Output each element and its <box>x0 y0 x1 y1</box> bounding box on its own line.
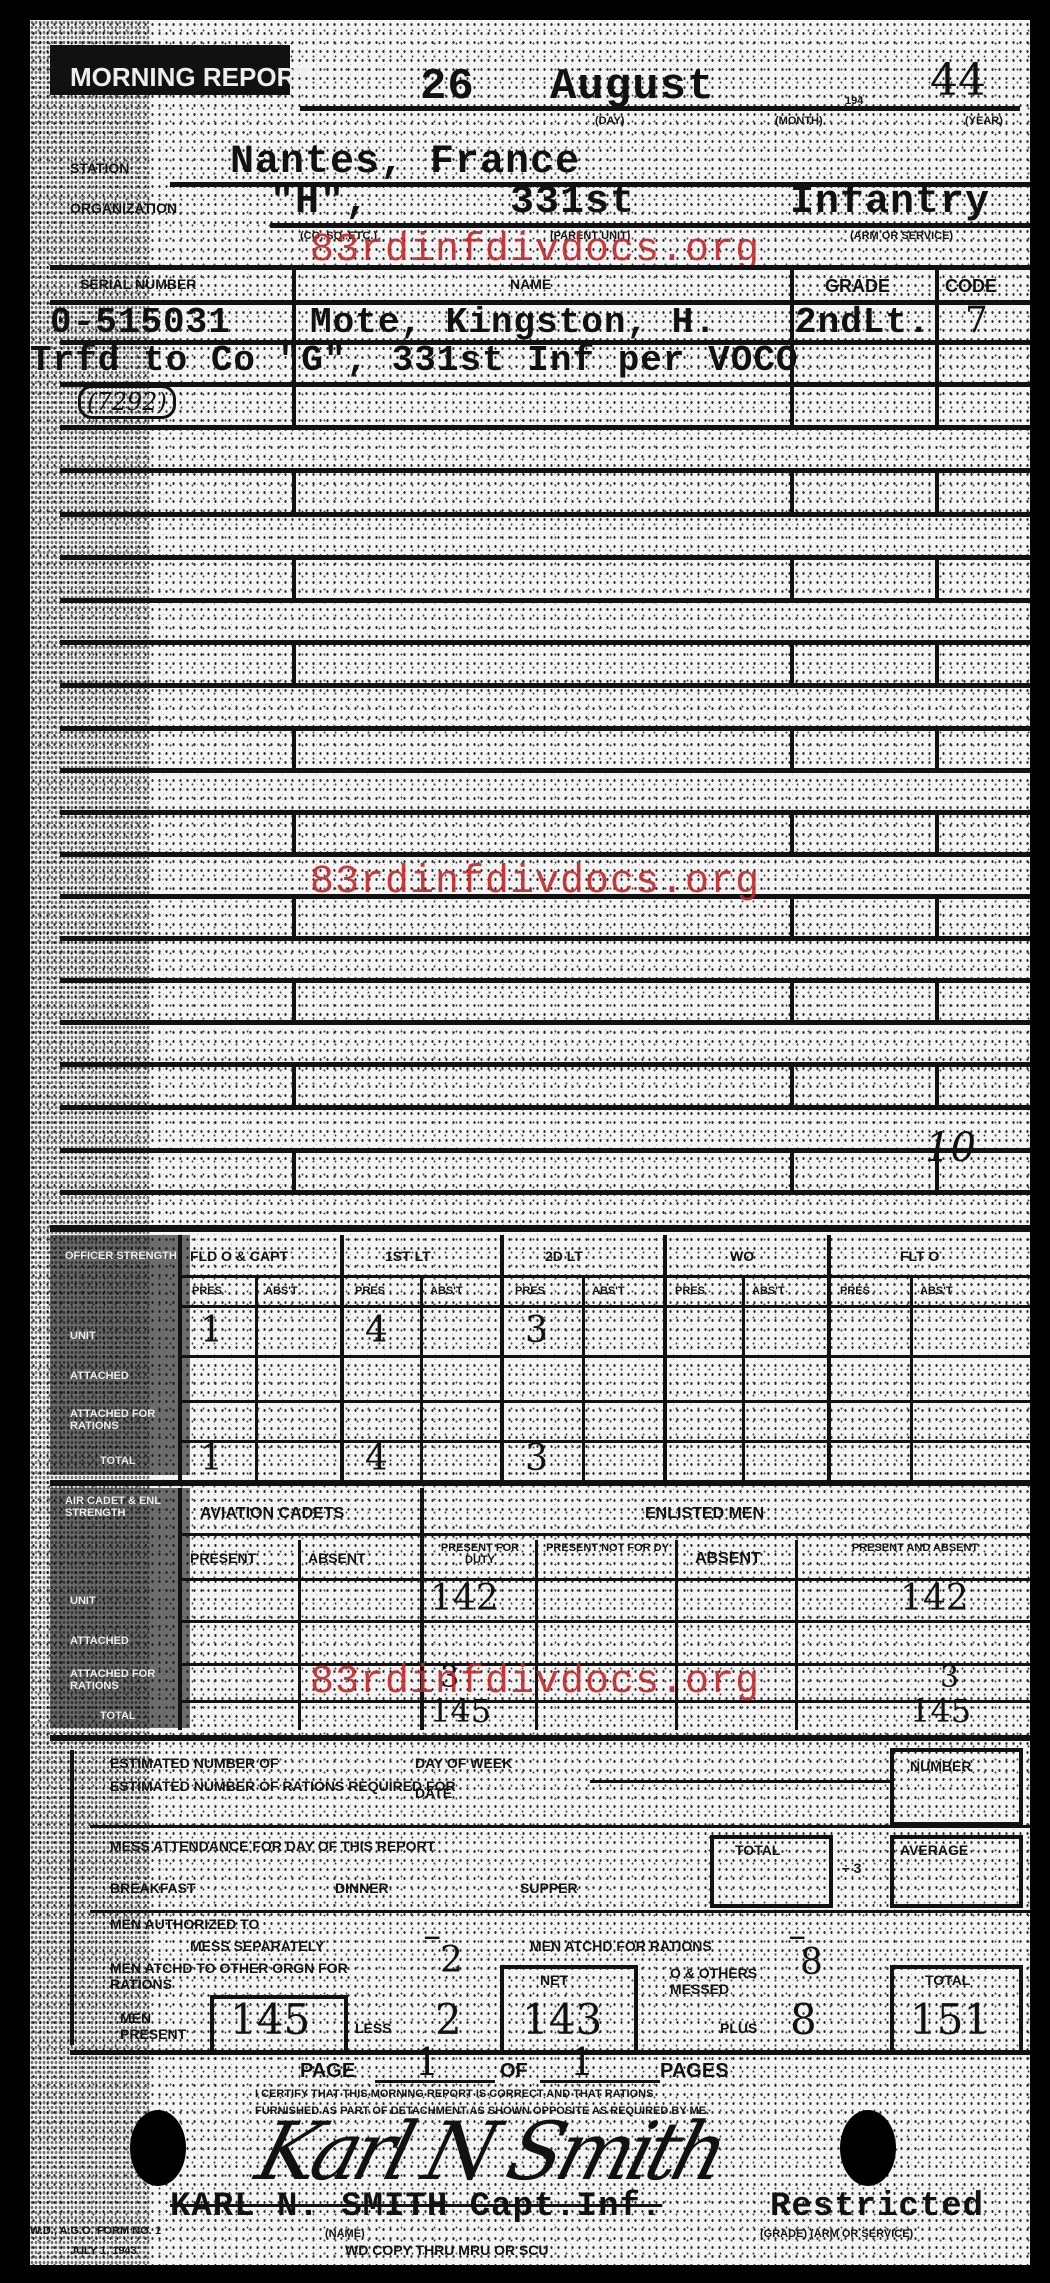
col-cadets-absent: ABSENT <box>308 1550 366 1566</box>
roster-rule <box>60 726 1030 731</box>
enlisted-row-unit: UNIT <box>70 1595 96 1607</box>
label-month: (MONTH) <box>775 115 823 127</box>
aviation-cadets-header: AVIATION CADETS <box>200 1505 344 1523</box>
officer-row-rule <box>180 1440 1030 1443</box>
col-absent: ABSENT <box>695 1550 761 1568</box>
remark-line-1: Trfd to Co "G", 331st Inf per VOCO <box>30 340 799 381</box>
officer-total-1stlt-pres: 4 <box>365 1438 388 1479</box>
officer-row-attached: ATTACHED <box>70 1370 129 1382</box>
roster-rule <box>60 640 1030 645</box>
routing-note: WD COPY THRU MRU OR SCU <box>345 2242 549 2258</box>
net-label: NET <box>540 1972 568 1988</box>
men-atchd-rations-label: MEN ATCHD FOR RATIONS <box>530 1938 712 1954</box>
atchd-other-label: MEN ATCHD TO OTHER ORGN FOR RATIONS <box>110 1960 400 1992</box>
meal-dinner: DINNER <box>335 1880 389 1896</box>
roster-col-divider <box>935 978 939 1020</box>
roster-col-divider <box>790 978 794 1020</box>
roster-col-divider <box>292 555 296 598</box>
average-label: AVERAGE <box>900 1842 968 1858</box>
mess-total-label: TOTAL <box>735 1842 780 1858</box>
sub-pres: PRES <box>840 1285 870 1297</box>
grand-total-label: TOTAL <box>925 1972 970 1988</box>
roster-rule <box>60 810 1030 815</box>
sub-pres: PRES <box>515 1285 545 1297</box>
roster-rule <box>60 1190 1030 1195</box>
roster-bottom-rule <box>50 1225 1030 1232</box>
roster-rule <box>60 512 1030 517</box>
roster-col-divider <box>790 265 794 425</box>
officer-group-rule <box>180 1275 1030 1278</box>
label-year: (YEAR) <box>965 115 1003 127</box>
plus-value: 8 <box>790 1995 817 2044</box>
roster-col-divider <box>790 726 794 768</box>
roster-col-divider <box>790 1062 794 1105</box>
enlisted-men-header: ENLISTED MEN <box>645 1505 764 1523</box>
roster-col-divider <box>935 1062 939 1105</box>
enlisted-unit-total: 142 <box>900 1578 969 1619</box>
sub-pres: PRES <box>675 1285 705 1297</box>
date-underline <box>300 106 1020 111</box>
col-name: NAME <box>510 276 551 292</box>
enlisted-bottom-rule <box>50 1735 1030 1741</box>
estimated-rations-label: ESTIMATED NUMBER OF RATIONS REQUIRED FOR <box>110 1778 456 1794</box>
page-number: 1 <box>415 2040 439 2084</box>
net-value: 143 <box>522 1995 602 2044</box>
entry-code: 7 <box>965 300 988 341</box>
roster-rule <box>60 1148 1030 1153</box>
roster-col-divider <box>292 810 296 852</box>
roster-col-divider <box>292 640 296 683</box>
classification: Restricted <box>770 2188 984 2226</box>
certify-line-1: I CERTIFY THAT THIS MORNING REPORT IS CO… <box>255 2088 653 2100</box>
enlisted-row-total: TOTAL <box>100 1710 136 1722</box>
org-arm: Infantry <box>790 180 990 225</box>
enlisted-divider <box>178 1488 182 1730</box>
sub-abst: ABS'T <box>752 1285 785 1297</box>
group-2d-lt: 2D LT <box>545 1248 583 1264</box>
signature: Karl N Smith <box>248 2105 733 2198</box>
enlisted-total-total: 145 <box>910 1692 971 1730</box>
roster-rule <box>60 1105 1030 1110</box>
col-code: CODE <box>945 276 997 297</box>
roster-rule <box>60 468 1030 473</box>
pages-line <box>540 2080 660 2083</box>
roster-rule <box>60 768 1030 773</box>
officer-subdivider <box>742 1278 745 1480</box>
roster-col-divider <box>935 265 939 425</box>
roster-rule <box>60 425 1030 430</box>
officer-subdivider <box>910 1278 913 1480</box>
atchd-other-value: 2 <box>440 1940 463 1981</box>
form-title: MORNING REPORT <box>70 62 311 93</box>
officer-label-column <box>50 1235 190 1475</box>
organization-label: ORGANIZATION <box>70 200 177 216</box>
roster-rule <box>60 340 1030 345</box>
col-present-and-absent: PRESENT AND ABSENT <box>820 1542 1010 1554</box>
sub-abst: ABS'T <box>265 1285 298 1297</box>
officer-unit-2dlt-pres: 3 <box>525 1310 548 1351</box>
officer-total-fld-pres: 1 <box>200 1438 223 1479</box>
page-label: PAGE <box>300 2060 355 2083</box>
roster-rule <box>60 936 1030 941</box>
col-present-not-for-duty: PRESENT NOT FOR DY <box>545 1542 670 1554</box>
punch-hole-right <box>840 2110 896 2186</box>
officer-bottom-rule <box>50 1480 1030 1486</box>
date-label: DATE <box>415 1785 452 1801</box>
sub-abst: ABS'T <box>920 1285 953 1297</box>
roster-rule <box>60 852 1030 857</box>
sub-pres: PRES <box>355 1285 385 1297</box>
roster-rule <box>60 382 1030 387</box>
enlisted-atchd-total: 3 <box>940 1660 959 1695</box>
roster-rule <box>60 555 1030 560</box>
roster-col-divider <box>790 640 794 683</box>
officer-unit-fld-pres: 1 <box>200 1310 223 1351</box>
day-of-week-line <box>590 1780 890 1783</box>
officer-row-rule <box>180 1400 1030 1403</box>
watermark-middle: 83rdinfdivdocs.org <box>310 860 760 905</box>
col-present-for-duty: PRESENT FOR DUTY <box>435 1542 525 1566</box>
roster-col-divider <box>292 894 296 936</box>
form-id: W.D., A.G.O. FORM NO. 1 <box>30 2225 161 2237</box>
divide-by-three: ÷ 3 <box>842 1860 861 1876</box>
enlisted-group-rule <box>180 1533 1030 1536</box>
roster-rule <box>60 1020 1030 1025</box>
group-1st-lt: 1ST LT <box>385 1248 431 1264</box>
station-label: STATION <box>70 160 129 176</box>
roster-col-divider <box>935 555 939 598</box>
report-year: 44 <box>930 55 986 106</box>
group-fld-o-capt: FLD O & CAPT <box>190 1248 288 1264</box>
label-day: (DAY) <box>595 115 625 127</box>
roster-col-divider <box>292 1148 296 1190</box>
roster-col-divider <box>292 1062 296 1105</box>
rations-side-bar <box>70 1750 74 2045</box>
roster-col-divider <box>292 726 296 768</box>
total-pages: 1 <box>570 2040 594 2084</box>
sub-abst: ABS'T <box>430 1285 463 1297</box>
men-present-value: 145 <box>230 1995 310 2044</box>
officer-subdivider <box>582 1278 585 1480</box>
roster-col-divider <box>292 468 296 512</box>
signer-name-sublabel: (NAME) <box>325 2228 365 2240</box>
report-day: 26 <box>420 62 475 112</box>
officer-sub-rule <box>180 1305 1030 1308</box>
meal-supper: SUPPER <box>520 1880 578 1896</box>
signer-name: KARL N. SMITH Capt.Inf. <box>170 2188 662 2226</box>
roster-col-divider <box>935 894 939 936</box>
officer-row-unit: UNIT <box>70 1330 96 1342</box>
group-flt-o: FLT O <box>900 1248 939 1264</box>
mess-attendance-label: MESS ATTENDANCE FOR DAY OF THIS REPORT <box>110 1838 435 1854</box>
col-serial-number: SERIAL NUMBER <box>80 276 196 292</box>
grand-total-value: 151 <box>910 1995 990 2044</box>
officer-unit-1stlt-pres: 4 <box>365 1310 388 1351</box>
signer-grade-sublabel: (GRADE) (ARM OR SERVICE) <box>760 2228 913 2240</box>
roster-col-divider <box>790 810 794 852</box>
less-label: LESS <box>355 2020 392 2036</box>
o-others-value: 8 <box>800 1942 823 1983</box>
roster-col-divider <box>935 726 939 768</box>
roster-col-divider <box>292 978 296 1020</box>
officer-subdivider <box>420 1278 423 1480</box>
org-parent-unit: 331st <box>510 180 635 225</box>
enlisted-label-column <box>50 1488 190 1728</box>
number-label: NUMBER <box>910 1758 971 1774</box>
col-grade: GRADE <box>825 276 890 297</box>
mess-separately-value: — <box>425 1925 440 1952</box>
roster-col-divider <box>790 1148 794 1190</box>
col-cadets-present: PRESENT <box>190 1550 256 1566</box>
enlisted-row-rule <box>180 1620 1030 1623</box>
roster-col-divider <box>935 640 939 683</box>
officer-strength-header: OFFICER STRENGTH <box>65 1250 185 1262</box>
org-company: "H", <box>270 180 370 225</box>
report-month: August <box>550 62 714 112</box>
org-arm-sublabel: (ARM OR SERVICE) <box>850 230 953 242</box>
roster-rule <box>60 978 1030 983</box>
roster-col-divider <box>292 265 296 425</box>
officer-row-attached-rations: ATTACHED FOR RATIONS <box>70 1408 180 1432</box>
estimated-rations-label-1: ESTIMATED NUMBER OF <box>110 1755 279 1771</box>
roster-top-rule <box>50 265 1030 270</box>
rations-rule <box>90 1910 1030 1913</box>
enlisted-row-attached: ATTACHED <box>70 1635 129 1647</box>
group-wo: WO <box>730 1248 754 1264</box>
sub-pres: PRES <box>192 1285 222 1297</box>
plus-label: PLUS <box>720 2020 757 2036</box>
officer-row-rule <box>180 1355 1030 1358</box>
punch-hole-left <box>130 2110 186 2186</box>
o-others-label: O & OTHERS MESSED <box>670 1965 790 1997</box>
men-present-label: MEN PRESENT <box>120 2010 190 2042</box>
roster-col-divider <box>790 468 794 512</box>
less-value: 2 <box>435 1995 462 2044</box>
roster-col-divider <box>935 810 939 852</box>
entry-name: Mote, Kingston, H. <box>310 302 717 343</box>
roster-col-divider <box>790 894 794 936</box>
enlisted-unit-pfd: 142 <box>430 1578 499 1619</box>
sub-abst: ABS'T <box>592 1285 625 1297</box>
authorized-label: MEN AUTHORIZED TO <box>110 1916 259 1932</box>
roster-rule <box>60 683 1030 688</box>
officer-total-2dlt-pres: 3 <box>525 1438 548 1479</box>
page-line <box>375 2080 495 2083</box>
roster-rule <box>60 598 1030 603</box>
watermark-bottom: 83rdinfdivdocs.org <box>310 1660 760 1705</box>
meal-breakfast: BREAKFAST <box>110 1880 196 1896</box>
of-label: OF <box>500 2060 528 2083</box>
officer-row-total: TOTAL <box>100 1455 136 1467</box>
pages-label: PAGES <box>660 2060 729 2083</box>
enlisted-strength-header: AIR CADET & ENL STRENGTH <box>65 1495 185 1519</box>
entry-grade: 2ndLt. <box>795 302 931 343</box>
morning-report-form: MORNING REPORT 26 August 194 44 (DAY) (M… <box>30 20 1030 2265</box>
roster-rule <box>60 1062 1030 1067</box>
remark-line-2: (7292) <box>78 385 176 419</box>
rations-bottom-rule <box>70 2050 1030 2055</box>
enlisted-row-attached-rations: ATTACHED FOR RATIONS <box>70 1668 180 1692</box>
rations-rule <box>90 1825 1030 1828</box>
roster-col-divider <box>790 555 794 598</box>
roster-col-divider <box>935 468 939 512</box>
day-of-week-label: DAY OF WEEK <box>415 1755 512 1771</box>
form-date: JULY 1, 1943 <box>70 2245 137 2257</box>
station-value: Nantes, France <box>230 140 580 185</box>
mess-separately-label: MESS SEPARATELY <box>190 1938 324 1954</box>
officer-subdivider <box>255 1278 258 1480</box>
page-mark: 10 <box>925 1125 976 1171</box>
entry-serial: 0-515031 <box>50 302 231 343</box>
